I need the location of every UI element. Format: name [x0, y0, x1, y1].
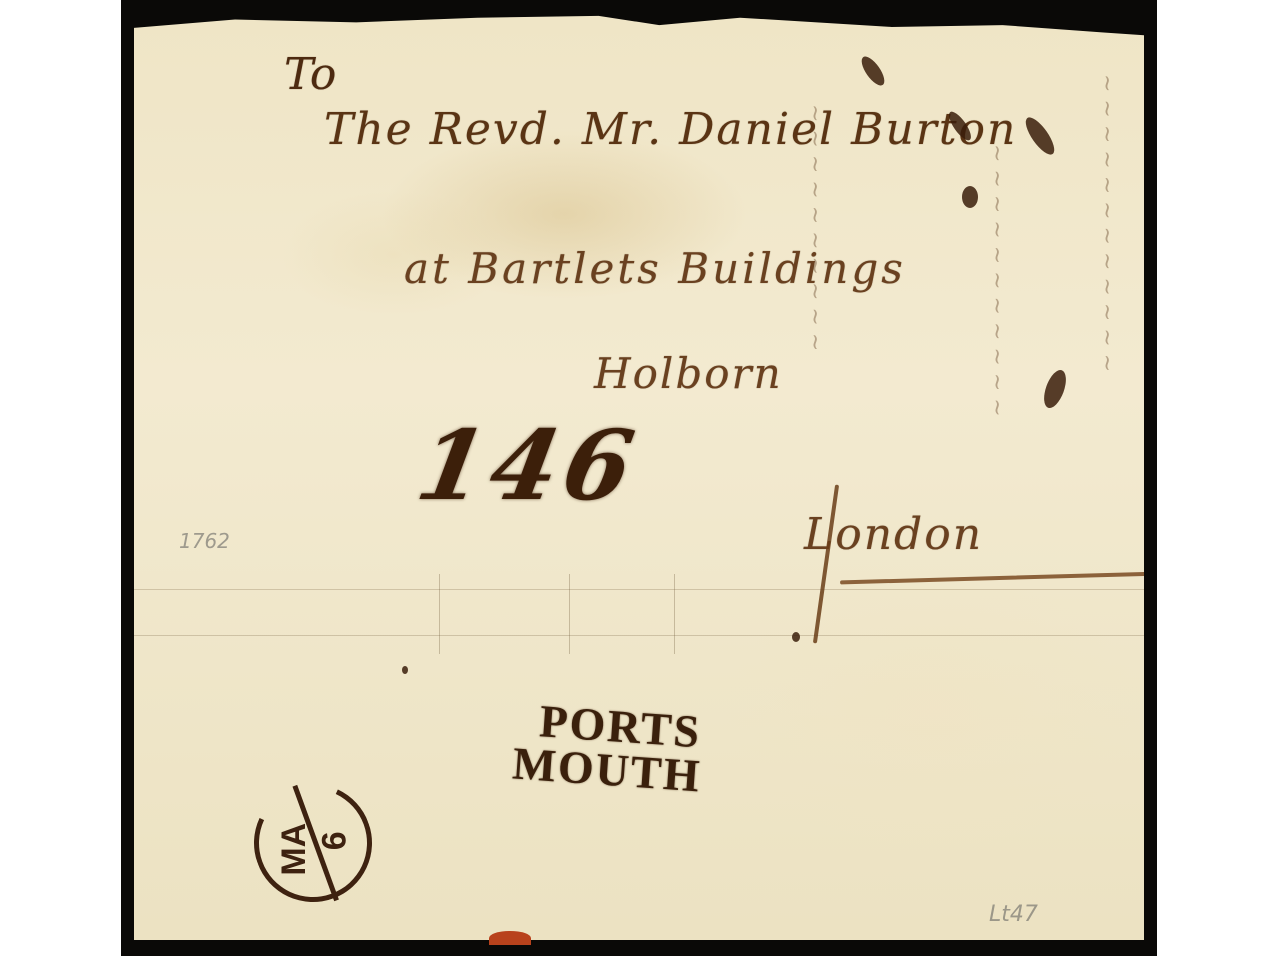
bishop-mark-postmark: MA 6: [237, 767, 388, 918]
address-line-street: at Bartlets Buildings: [404, 244, 906, 293]
faded-show-through-writing: ~ ~ ~ ~ ~ ~ ~ ~ ~ ~ ~ ~: [1094, 74, 1119, 372]
crease: [674, 574, 675, 654]
address-line-addressee: The Revd. Mr. Daniel Burton: [324, 104, 1017, 155]
bishop-mark-month: MA: [275, 823, 314, 876]
ink-blot: [962, 186, 978, 208]
faded-show-through-writing: ~ ~ ~ ~ ~ ~ ~ ~ ~ ~ ~: [984, 144, 1009, 417]
pencil-reference-note: Lt47: [989, 902, 1038, 927]
fold-line: [134, 589, 1144, 590]
crease: [439, 574, 440, 654]
ink-blot: [1040, 367, 1071, 411]
wax-seal-remnant: [489, 931, 531, 945]
pencil-year-note: 1762: [179, 529, 230, 553]
ink-blot: [858, 53, 889, 89]
crease: [569, 574, 570, 654]
fold-line: [134, 635, 1144, 636]
address-salutation: To: [284, 49, 336, 100]
handstamp-line-2: MOUTH: [511, 741, 702, 798]
ink-blot: [1021, 113, 1059, 158]
photo-backdrop: ~ ~ ~ ~ ~ ~ ~ ~ ~ ~ ~ ~ ~ ~ ~ ~ ~ ~ ~ ~ …: [121, 0, 1157, 956]
pen-underline: [840, 570, 1230, 585]
manuscript-postage-rate: 146: [409, 409, 647, 522]
bishop-mark-day: 6: [316, 831, 355, 850]
ink-spot: [402, 666, 408, 674]
address-line-district: Holborn: [594, 349, 783, 398]
portsmouth-town-handstamp: PORTS MOUTH: [511, 698, 706, 799]
ink-spot: [792, 632, 800, 642]
letter-cover: ~ ~ ~ ~ ~ ~ ~ ~ ~ ~ ~ ~ ~ ~ ~ ~ ~ ~ ~ ~ …: [134, 14, 1144, 940]
